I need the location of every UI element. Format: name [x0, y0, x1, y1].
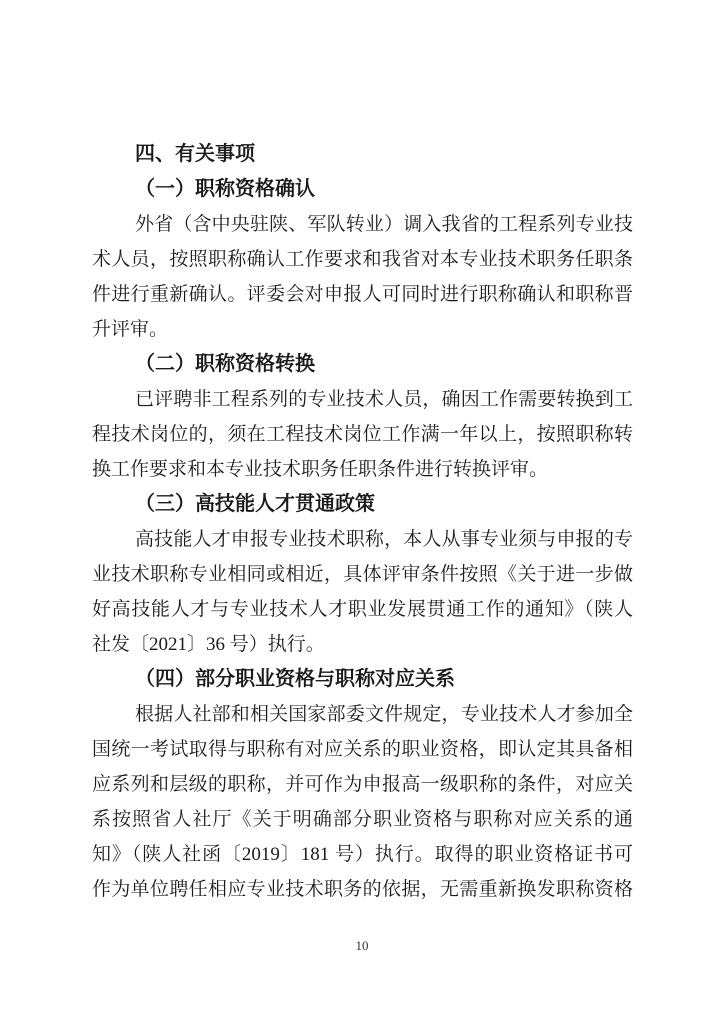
document-line: 已评聘非工程系列的专业技术人员，确因工作需要转换到工 — [92, 382, 633, 417]
document-line: 应系列和层级的职称，并可作为申报高一级职称的条件，对应关 — [92, 767, 633, 802]
document-line: 系按照省人社厅《关于明确部分职业资格与职称对应关系的通 — [92, 802, 633, 837]
document-line: 高技能人才申报专业技术职称，本人从事专业须与申报的专 — [92, 522, 633, 557]
document-line: 件进行重新确认。评委会对申报人可同时进行职称确认和职称晋 — [92, 277, 633, 312]
document-line: 社发〔2021〕36 号）执行。 — [92, 627, 633, 662]
document-heading: （二）职称资格转换 — [92, 347, 633, 382]
document-heading: 四、有关事项 — [92, 137, 633, 172]
document-line: 术人员，按照职称确认工作要求和我省对本专业技术职务任职条 — [92, 242, 633, 277]
document-line: 好高技能人才与专业技术人才职业发展贯通工作的通知》（陕人 — [92, 592, 633, 627]
document-page: 四、有关事项（一）职称资格确认外省（含中央驻陕、军队转业）调入我省的工程系列专业… — [0, 0, 724, 1024]
document-text-block: 四、有关事项（一）职称资格确认外省（含中央驻陕、军队转业）调入我省的工程系列专业… — [92, 137, 633, 907]
document-line: 外省（含中央驻陕、军队转业）调入我省的工程系列专业技 — [92, 207, 633, 242]
document-line: 根据人社部和相关国家部委文件规定，专业技术人才参加全 — [92, 697, 633, 732]
document-line: 知》（陕人社函〔2019〕181 号）执行。取得的职业资格证书可 — [92, 837, 633, 872]
document-line: 换工作要求和本专业技术职务任职条件进行转换评审。 — [92, 452, 633, 487]
page-number: 10 — [0, 938, 724, 954]
document-line: 作为单位聘任相应专业技术职务的依据，无需重新换发职称资格 — [92, 872, 633, 907]
document-line: 程技术岗位的，须在工程技术岗位工作满一年以上，按照职称转 — [92, 417, 633, 452]
document-heading: （一）职称资格确认 — [92, 172, 633, 207]
document-line: 业技术职称专业相同或相近，具体评审条件按照《关于进一步做 — [92, 557, 633, 592]
document-line: 国统一考试取得与职称有对应关系的职业资格，即认定其具备相 — [92, 732, 633, 767]
document-heading: （三）高技能人才贯通政策 — [92, 487, 633, 522]
document-heading: （四）部分职业资格与职称对应关系 — [92, 662, 633, 697]
document-line: 升评审。 — [92, 312, 633, 347]
